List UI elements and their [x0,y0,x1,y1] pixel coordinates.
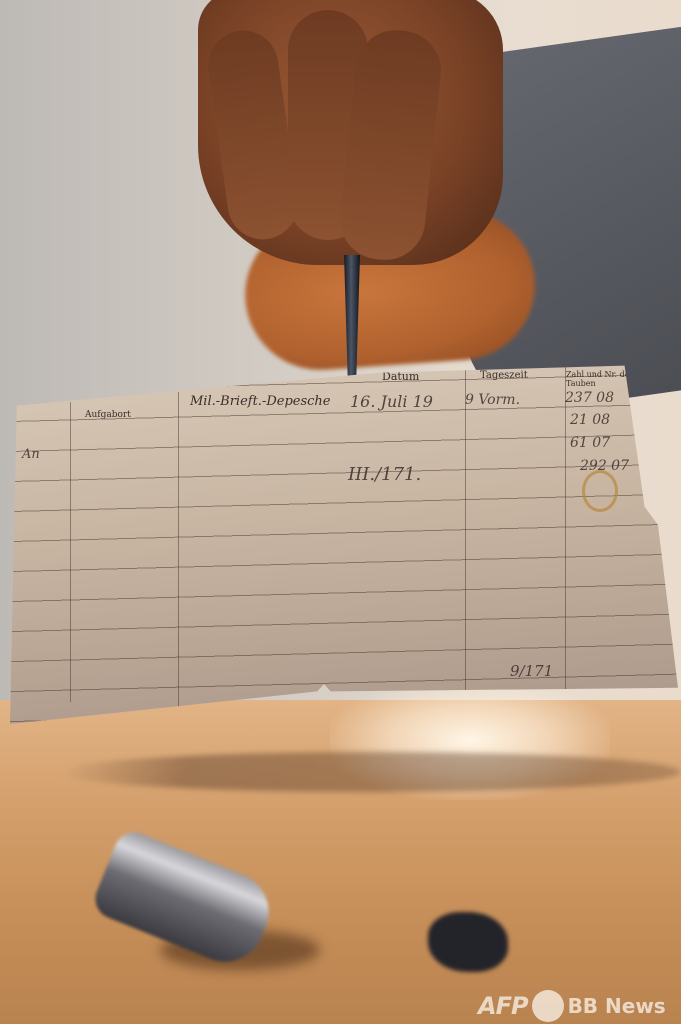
unit-reference: III./171. [348,464,421,485]
pigeon-number-3: 61 07 [570,435,610,451]
column-line [178,392,179,712]
afpbb-watermark: AFP BB News [478,990,666,1022]
column-line [465,367,466,697]
column-line [565,367,566,697]
photo-scene: Aufgabort Mil.-Brieft.-Depesche Datum Ta… [0,0,681,1024]
watermark-circle-icon [532,990,564,1022]
pigeon-number-1: 237 08 [565,390,614,406]
to-label: An [22,447,40,462]
form-title: Mil.-Brieft.-Depesche [190,394,330,409]
column-line [70,402,71,702]
watermark-afp: AFP [478,992,528,1020]
paper-shadow [56,752,681,792]
time-value: 9 Vorm. [465,392,520,408]
rust-stain [582,470,618,512]
hand [198,0,503,265]
date-value: 16. Juli 19 [350,392,433,411]
pigeon-message-paper: Aufgabort Mil.-Brieft.-Depesche Datum Ta… [10,362,678,724]
pigeon-number-2: 21 08 [570,412,610,428]
watermark-bbnews: BB News [568,994,666,1018]
capsule-cap [428,912,508,972]
header-pigeon: Zahl und Nr. der Tauben [566,370,636,388]
header-time: Tageszeit [480,370,528,381]
header-origin: Aufgabort [85,410,131,420]
signature: 9/171 [510,662,553,680]
